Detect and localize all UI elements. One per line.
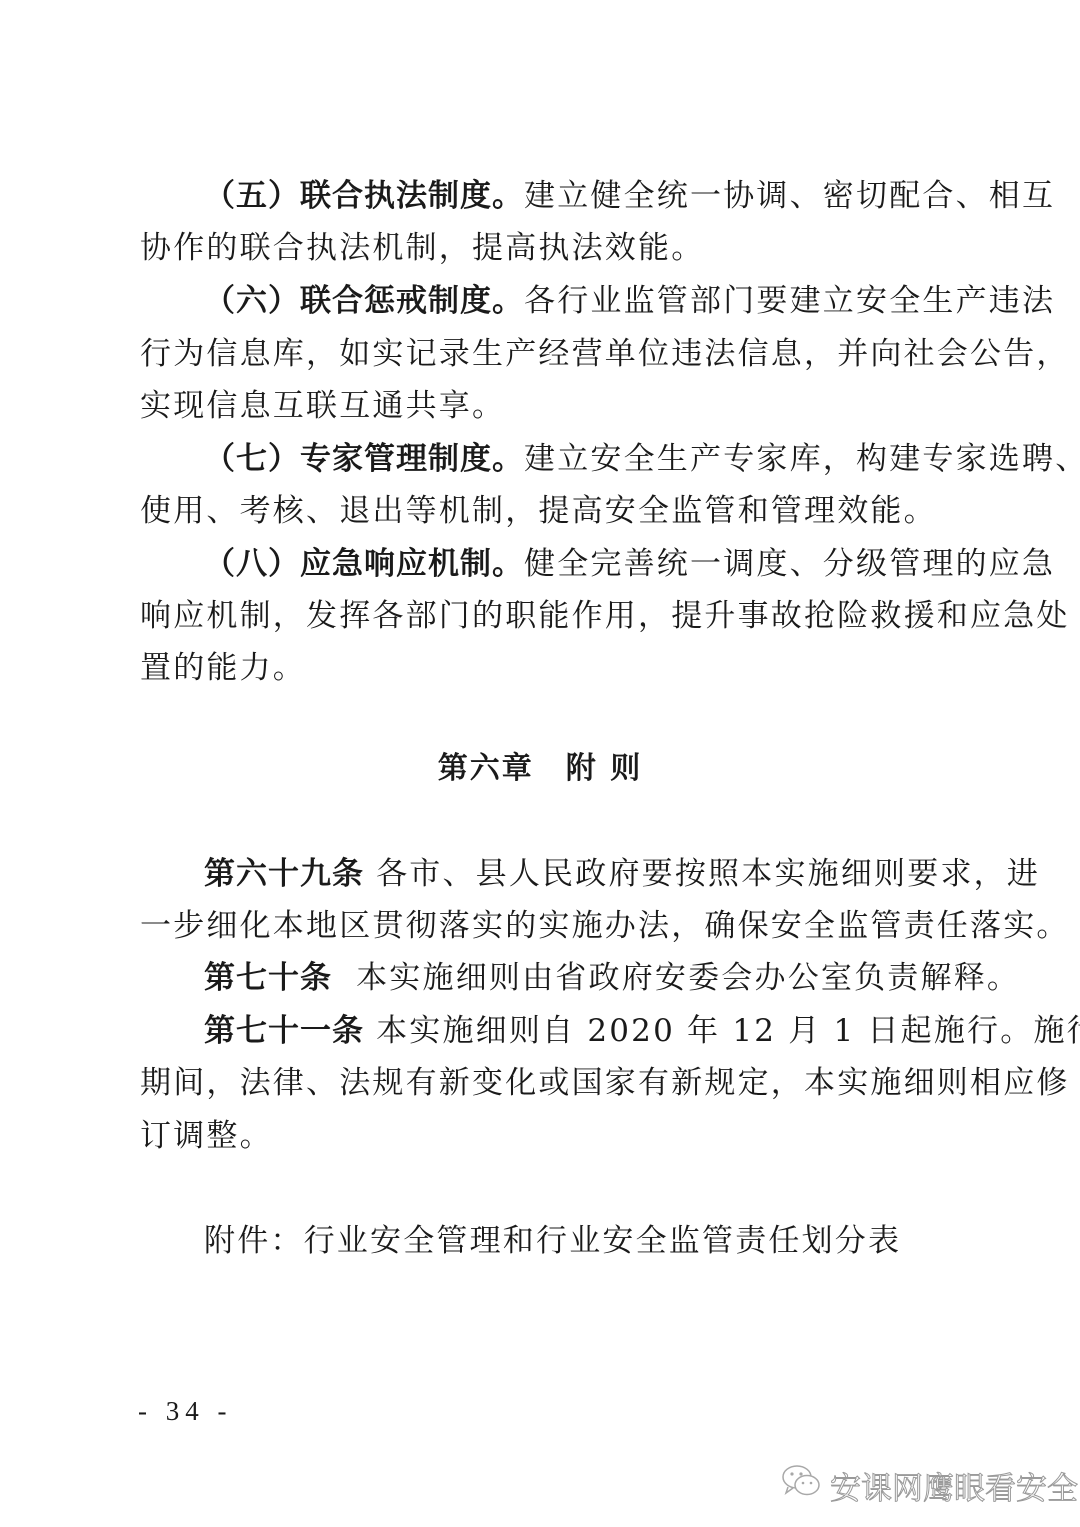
article-label: 第七十条 — [204, 960, 332, 996]
paragraph-label: （八）应急响应机制。 — [204, 546, 524, 582]
paragraph-5-line-2: 协作的联合执法机制，提高执法效能。 — [140, 228, 946, 268]
article-label: 第七十一条 — [204, 1013, 364, 1049]
paragraph-8-line-3: 置的能力。 — [140, 648, 946, 688]
watermark: 安课网鹰眼看安全 — [780, 1460, 1078, 1510]
watermark-text: 安课网鹰眼看安全 — [830, 1463, 1078, 1508]
paragraph-5-line-1: （五）联合执法制度。建立健全统一协调、密切配合、相互 — [204, 176, 946, 216]
article-69-line-1: 第六十九条 各市、县人民政府要按照本实施细则要求，进 — [204, 854, 946, 894]
page-number: - 34 - — [138, 1393, 232, 1429]
paragraph-8-line-2: 响应机制，发挥各部门的职能作用，提升事故抢险救援和应急处 — [140, 596, 946, 636]
paragraph-6-line-3: 实现信息互联互通共享。 — [140, 386, 946, 426]
article-71-line-2: 期间，法律、法规有新变化或国家有新规定，本实施细则相应修 — [140, 1063, 946, 1103]
paragraph-7-line-1: （七）专家管理制度。建立安全生产专家库，构建专家选聘、 — [204, 439, 946, 479]
article-70-line-1: 第七十条 本实施细则由省政府安委会办公室负责解释。 — [204, 958, 946, 998]
paragraph-label: （五）联合执法制度。 — [204, 178, 524, 214]
paragraph-7-line-2: 使用、考核、退出等机制，提高安全监管和管理效能。 — [140, 491, 946, 531]
article-71-line-3: 订调整。 — [140, 1116, 946, 1156]
paragraph-6-line-1: （六）联合惩戒制度。各行业监管部门要建立安全生产违法 — [204, 281, 946, 321]
paragraph-8-line-1: （八）应急响应机制。健全完善统一调度、分级管理的应急 — [204, 544, 946, 584]
paragraph-6-line-2: 行为信息库，如实记录生产经营单位违法信息，并向社会公告， — [140, 334, 946, 374]
wechat-icon — [780, 1461, 824, 1509]
chapter-heading: 第六章 附 则 — [0, 749, 1080, 789]
article-label: 第六十九条 — [204, 856, 364, 892]
paragraph-label: （六）联合惩戒制度。 — [204, 283, 524, 319]
article-69-line-2: 一步细化本地区贯彻落实的实施办法，确保安全监管责任落实。 — [140, 906, 946, 946]
paragraph-label: （七）专家管理制度。 — [204, 441, 524, 477]
attachment-note: 附件：行业安全管理和行业安全监管责任划分表 — [204, 1221, 946, 1261]
article-71-line-1: 第七十一条 本实施细则自 2020 年 12 月 1 日起施行。施行 — [204, 1011, 946, 1051]
